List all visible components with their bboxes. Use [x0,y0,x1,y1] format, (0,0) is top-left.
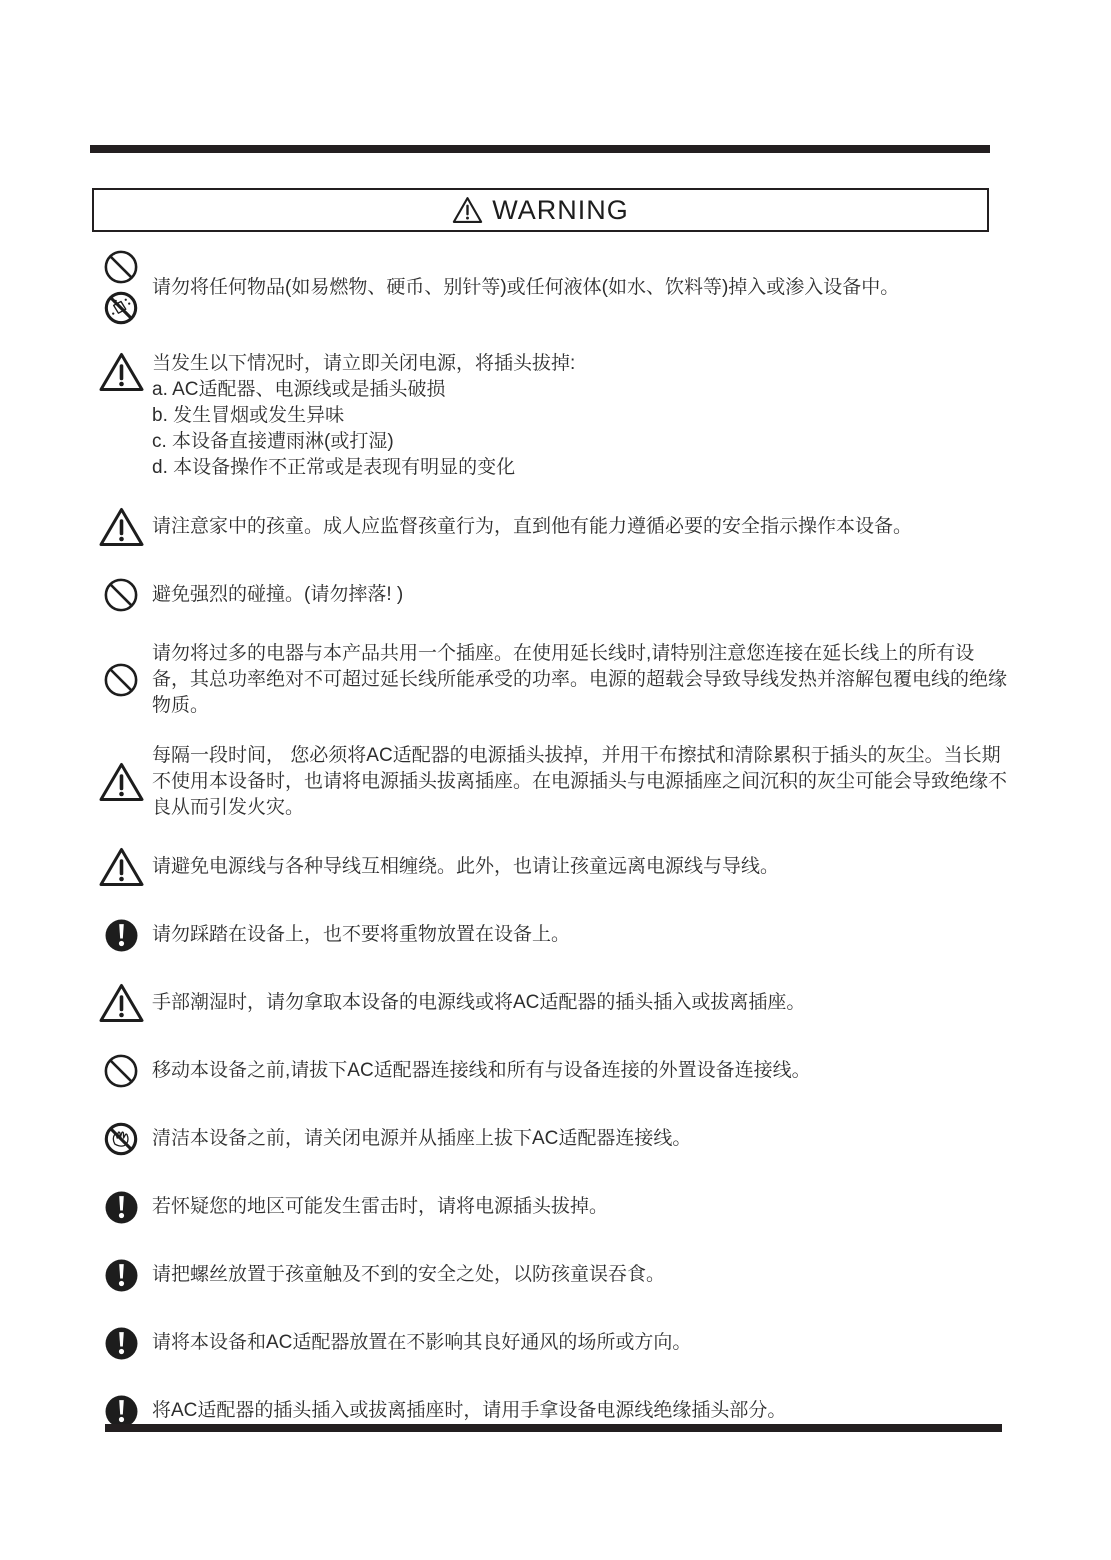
prohibition-icon [102,248,140,286]
no-touch-icon [102,1120,140,1158]
warning-text-line: 清洁本设备之前，请关闭电源并从插座上拔下AC适配器连接线。 [152,1126,1012,1152]
warning-item: 请勿踩踏在设备上，也不要将重物放置在设备上。 [90,913,1012,957]
warning-text-line: 将AC适配器的插头插入或拔离插座时，请用手拿设备电源线绝缘插头部分。 [152,1398,1012,1424]
warning-item-text: 请避免电源线与各种导线互相缠绕。此外，也请让孩童远离电源线与导线。 [152,854,1012,880]
warning-header: WARNING [452,195,629,226]
warning-text-line: 请勿踩踏在设备上，也不要将重物放置在设备上。 [152,922,1012,948]
warning-item-icon-column [90,661,152,699]
warning-item-text: 请勿将任何物品(如易燃物、硬币、别针等)或任何液体(如水、饮料等)掉入或渗入设备… [152,275,1012,301]
manual-page: WARNING 请勿将任何物品(如易燃物、硬币、别针等)或任何液体(如水、饮料等… [0,0,1111,1560]
prohibition-icon [102,1052,140,1090]
warning-item: 清洁本设备之前，请关闭电源并从插座上拔下AC适配器连接线。 [90,1117,1012,1161]
warning-item-icon-column [90,1120,152,1158]
warning-text-line: 请避免电源线与各种导线互相缠绕。此外，也请让孩童远离电源线与导线。 [152,854,1012,880]
warning-item-icon-column [90,846,152,888]
warning-text-line: 移动本设备之前,请拔下AC适配器连接线和所有与设备连接的外置设备连接线。 [152,1058,1012,1084]
warning-text-line: 请勿将过多的电器与本产品共用一个插座。在使用延长线时,请特别注意您连接在延长线上… [152,641,1012,719]
warning-text-line: 请勿将任何物品(如易燃物、硬币、别针等)或任何液体(如水、饮料等)掉入或渗入设备… [152,275,1012,301]
warning-item-text: 避免强烈的碰撞。(请勿摔落! ) [152,582,1012,608]
warning-item-icon-column [90,506,152,548]
warning-item: 请将本设备和AC适配器放置在不影响其良好通风的场所或方向。 [90,1321,1012,1365]
warning-item: 手部潮湿时，请勿拿取本设备的电源线或将AC适配器的插头插入或拔离插座。 [90,981,1012,1025]
warning-text-line: b. 发生冒烟或发生异味 [152,403,1012,429]
warning-item-text: 请将本设备和AC适配器放置在不影响其良好通风的场所或方向。 [152,1330,1012,1356]
warning-text-line: 若怀疑您的地区可能发生雷击时，请将电源插头拔掉。 [152,1194,1012,1220]
warning-item-text: 当发生以下情况时，请立即关闭电源，将插头拔掉:a. AC适配器、电源线或是插头破… [152,351,1012,481]
warning-text-line: 每隔一段时间， 您必须将AC适配器的电源插头拔掉，并用干布擦拭和清除累积于插头的… [152,743,1012,821]
warning-text-line: 请将本设备和AC适配器放置在不影响其良好通风的场所或方向。 [152,1330,1012,1356]
warning-item: 移动本设备之前,请拔下AC适配器连接线和所有与设备连接的外置设备连接线。 [90,1049,1012,1093]
warning-text-line: a. AC适配器、电源线或是插头破损 [152,377,1012,403]
warning-triangle-icon [98,761,145,803]
warning-item-icon-column [90,248,152,327]
top-rule [90,145,990,153]
warning-item-text: 请勿将过多的电器与本产品共用一个插座。在使用延长线时,请特别注意您连接在延长线上… [152,641,1012,719]
warning-item-text: 手部潮湿时，请勿拿取本设备的电源线或将AC适配器的插头插入或拔离插座。 [152,990,1012,1016]
warning-item-text: 移动本设备之前,请拔下AC适配器连接线和所有与设备连接的外置设备连接线。 [152,1058,1012,1084]
warning-text-line: c. 本设备直接遭雨淋(或打湿) [152,429,1012,455]
warning-item: 请勿将过多的电器与本产品共用一个插座。在使用延长线时,请特别注意您连接在延长线上… [90,641,1012,719]
warning-item: 请勿将任何物品(如易燃物、硬币、别针等)或任何液体(如水、饮料等)掉入或渗入设备… [90,248,1012,327]
warning-item-icon-column [90,351,152,393]
prohibition-icon [102,576,140,614]
warning-item-text: 请勿踩踏在设备上，也不要将重物放置在设备上。 [152,922,1012,948]
warning-title: WARNING [492,195,629,226]
warning-item-text: 若怀疑您的地区可能发生雷击时，请将电源插头拔掉。 [152,1194,1012,1220]
warning-item-text: 请把螺丝放置于孩童触及不到的安全之处，以防孩童误吞食。 [152,1262,1012,1288]
no-liquid-icon [102,289,140,327]
warning-text-line: 请把螺丝放置于孩童触及不到的安全之处，以防孩童误吞食。 [152,1262,1012,1288]
warning-item-icon-column [90,1257,152,1294]
warning-text-line: 请注意家中的孩童。成人应监督孩童行为，直到他有能力遵循必要的安全指示操作本设备。 [152,514,1012,540]
warning-item-icon-column [90,576,152,614]
warning-item: 请注意家中的孩童。成人应监督孩童行为，直到他有能力遵循必要的安全指示操作本设备。 [90,505,1012,549]
warning-item-text: 将AC适配器的插头插入或拔离插座时，请用手拿设备电源线绝缘插头部分。 [152,1398,1012,1424]
warning-triangle-icon [98,351,145,393]
warning-triangle-icon [98,506,145,548]
warning-triangle-icon [98,846,145,888]
mandatory-icon [103,1257,140,1294]
warning-triangle-icon [98,982,145,1024]
warning-item-icon-column [90,982,152,1024]
prohibition-icon [102,661,140,699]
warning-item: 请避免电源线与各种导线互相缠绕。此外，也请让孩童远离电源线与导线。 [90,845,1012,889]
warning-item-text: 清洁本设备之前，请关闭电源并从插座上拔下AC适配器连接线。 [152,1126,1012,1152]
warning-item-text: 请注意家中的孩童。成人应监督孩童行为，直到他有能力遵循必要的安全指示操作本设备。 [152,514,1012,540]
warning-text-line: 避免强烈的碰撞。(请勿摔落! ) [152,582,1012,608]
warning-item: 请把螺丝放置于孩童触及不到的安全之处，以防孩童误吞食。 [90,1253,1012,1297]
warning-item-icon-column [90,1325,152,1362]
warning-item-icon-column [90,917,152,954]
warning-text-line: 手部潮湿时，请勿拿取本设备的电源线或将AC适配器的插头插入或拔离插座。 [152,990,1012,1016]
bottom-rule [105,1424,1002,1432]
warning-item-icon-column [90,761,152,803]
warning-item: 若怀疑您的地区可能发生雷击时，请将电源插头拔掉。 [90,1185,1012,1229]
warning-item-text: 每隔一段时间， 您必须将AC适配器的电源插头拔掉，并用干布擦拭和清除累积于插头的… [152,743,1012,821]
mandatory-icon [103,1189,140,1226]
mandatory-icon [103,1325,140,1362]
warning-item: 避免强烈的碰撞。(请勿摔落! ) [90,573,1012,617]
warning-item-icon-column [90,1052,152,1090]
warning-item: 当发生以下情况时，请立即关闭电源，将插头拔掉:a. AC适配器、电源线或是插头破… [90,351,1012,481]
mandatory-icon [103,917,140,954]
warning-text-line: 当发生以下情况时，请立即关闭电源，将插头拔掉: [152,351,1012,377]
warning-text-line: d. 本设备操作不正常或是表现有明显的变化 [152,455,1012,481]
warning-list: 请勿将任何物品(如易燃物、硬币、别针等)或任何液体(如水、饮料等)掉入或渗入设备… [90,248,1012,1433]
warning-item: 每隔一段时间， 您必须将AC适配器的电源插头拔掉，并用干布擦拭和清除累积于插头的… [90,743,1012,821]
warning-header-box: WARNING [92,188,989,232]
warning-triangle-icon [452,196,483,224]
warning-item-icon-column [90,1189,152,1226]
